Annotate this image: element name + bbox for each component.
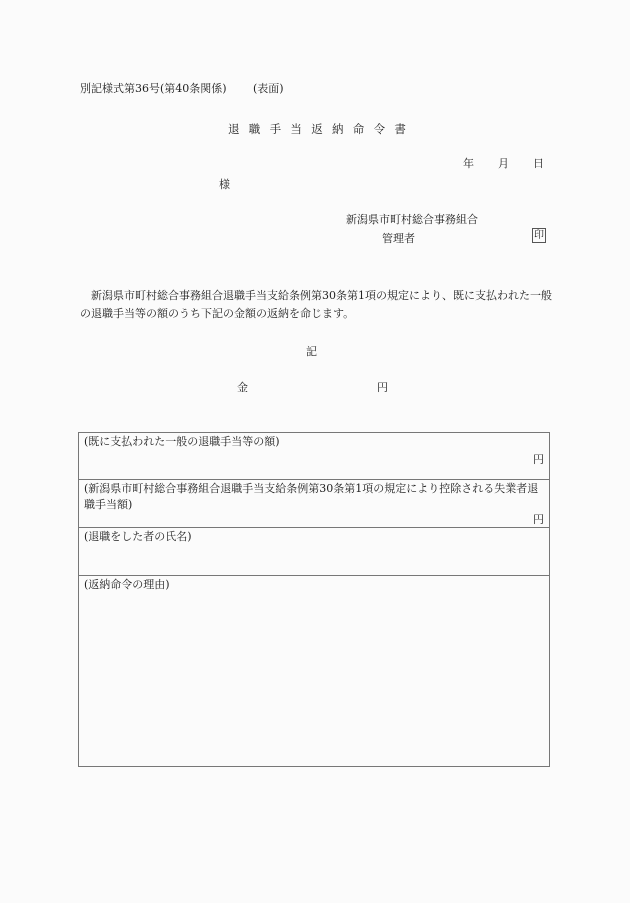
day-label: 日	[533, 155, 544, 171]
date-line: 年月日	[463, 155, 544, 171]
issuer-organization: 新潟県市町村総合事務組合	[346, 211, 478, 227]
notes-heading: 記	[306, 343, 317, 359]
row-unit: 円	[533, 511, 544, 527]
year-label: 年	[463, 155, 474, 171]
issuer-role: 管理者	[382, 230, 415, 246]
side-label: (表面)	[253, 80, 284, 96]
row-label: (既に支払われた一般の退職手当等の額)	[79, 433, 549, 450]
body-paragraph: 新潟県市町村総合事務組合退職手当支給条例第30条第1項の規定により、既に支払われ…	[80, 287, 555, 323]
amount-unit: 円	[377, 379, 388, 395]
table-row: (新潟県市町村総合事務組合退職手当支給条例第30条第1項の規定により控除される失…	[79, 480, 549, 528]
form-number: 別記様式第36号(第40条関係)	[80, 80, 227, 96]
seal-icon: 印	[532, 228, 546, 243]
table-row: (退職をした者の氏名)	[79, 528, 549, 576]
row-unit: 円	[533, 451, 544, 467]
detail-table: (既に支払われた一般の退職手当等の額) 円 (新潟県市町村総合事務組合退職手当支…	[78, 432, 550, 767]
table-row: (返納命令の理由)	[79, 576, 549, 766]
month-label: 月	[498, 155, 509, 171]
row-label: (新潟県市町村総合事務組合退職手当支給条例第30条第1項の規定により控除される失…	[79, 480, 549, 513]
row-label: (退職をした者の氏名)	[79, 528, 549, 545]
row-label: (返納命令の理由)	[79, 576, 549, 593]
document-title: 退職手当返納命令書	[228, 121, 415, 137]
addressee-honorific: 様	[219, 176, 230, 192]
amount-prefix: 金	[237, 379, 248, 395]
body-text: 新潟県市町村総合事務組合退職手当支給条例第30条第1項の規定により、既に支払われ…	[80, 289, 552, 320]
table-row: (既に支払われた一般の退職手当等の額) 円	[79, 433, 549, 480]
